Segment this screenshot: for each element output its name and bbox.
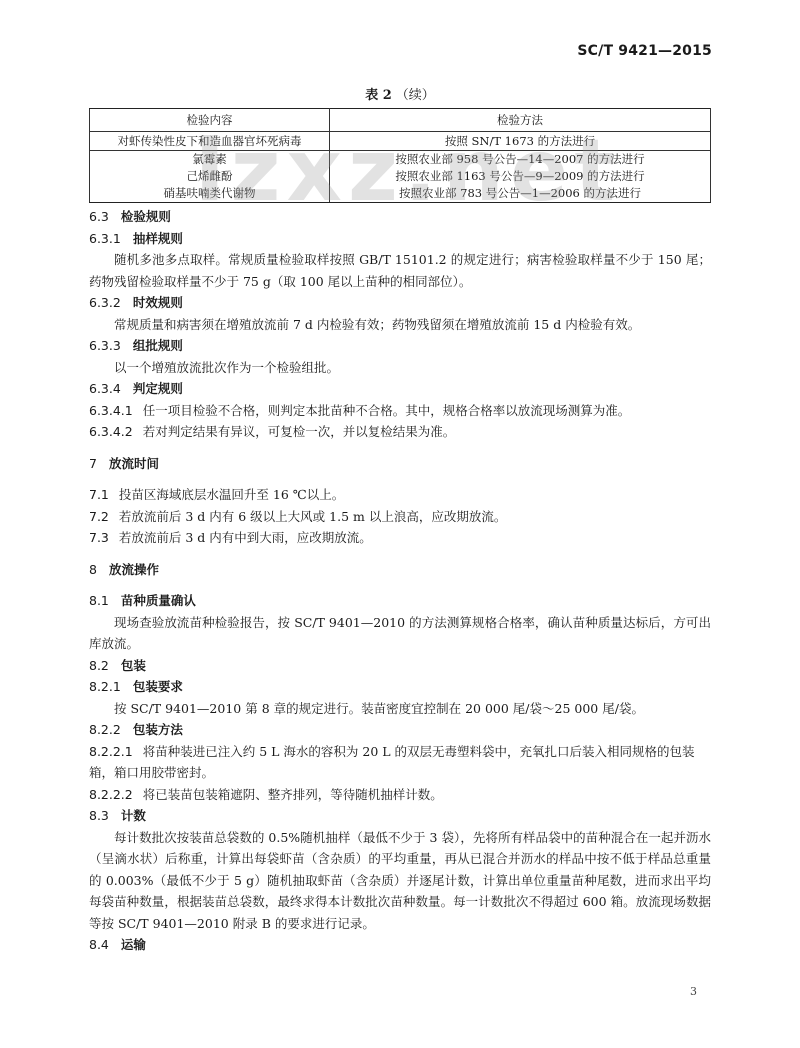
- clause-8-2-2-1: 8.2.2.1将苗种装进已注入约 5 L 海水的容积为 20 L 的双层无毒塑料…: [89, 741, 711, 784]
- heading-8-3: 8.3计数: [89, 805, 711, 827]
- clause-7-1: 7.1投苗区海域底层水温回升至 16 ℃以上。: [89, 484, 711, 506]
- inspection-table: 检验内容 检验方法 对虾传染性皮下和造血器官坏死病毒 按照 SN/T 1673 …: [89, 108, 711, 203]
- heading-8-4: 8.4运输: [89, 934, 711, 956]
- heading-6-3-3: 6.3.3组批规则: [89, 335, 711, 357]
- heading-7: 7放流时间: [89, 453, 711, 475]
- paragraph-6-3-1: 随机多池多点取样。常规质量检验取样按照 GB/T 15101.2 的规定进行；病…: [89, 249, 711, 292]
- clause-7-2: 7.2若放流前后 3 d 内有 6 级以上大风或 1.5 m 以上浪高，应改期放…: [89, 506, 711, 528]
- clause-7-3: 7.3若放流前后 3 d 内有中到大雨，应改期放流。: [89, 527, 711, 549]
- table-header-row: 检验内容 检验方法: [90, 109, 711, 132]
- column-header-inspection-method: 检验方法: [330, 109, 711, 132]
- cell-item: 对虾传染性皮下和造血器官坏死病毒: [90, 132, 330, 151]
- cell-item: 己烯雌酚: [90, 168, 330, 185]
- table-row: 硝基呋喃类代谢物 按照农业部 783 号公告—1—2006 的方法进行: [90, 185, 711, 203]
- cell-method: 按照农业部 1163 号公告—9—2009 的方法进行: [330, 168, 711, 185]
- table-title-suffix: （续）: [396, 88, 435, 103]
- heading-6-3-4: 6.3.4判定规则: [89, 378, 711, 400]
- heading-8-1: 8.1苗种质量确认: [89, 590, 711, 612]
- table-row: 氯霉素 按照农业部 958 号公告—14—2007 的方法进行: [90, 151, 711, 169]
- clause-8-2-2-2: 8.2.2.2将已装苗包装箱遮阴、整齐排列，等待随机抽样计数。: [89, 784, 711, 806]
- heading-8: 8放流操作: [89, 559, 711, 581]
- clause-6-3-4-1: 6.3.4.1任一项目检验不合格，则判定本批苗种不合格。其中，规格合格率以放流现…: [89, 400, 711, 422]
- heading-8-2: 8.2包装: [89, 655, 711, 677]
- cell-method: 按照农业部 783 号公告—1—2006 的方法进行: [330, 185, 711, 203]
- heading-8-2-1: 8.2.1包装要求: [89, 676, 711, 698]
- cell-method: 按照 SN/T 1673 的方法进行: [330, 132, 711, 151]
- document-page: SC/T 9421—2015 表 2（续） 检验内容 检验方法 对虾传染性皮下和…: [0, 0, 800, 1048]
- column-header-inspection-item: 检验内容: [90, 109, 330, 132]
- document-body: 6.3检验规则 6.3.1抽样规则 随机多池多点取样。常规质量检验取样按照 GB…: [89, 206, 711, 956]
- table-title-label: 表 2: [365, 88, 392, 103]
- paragraph-6-3-3: 以一个增殖放流批次作为一个检验组批。: [89, 357, 711, 379]
- cell-method: 按照农业部 958 号公告—14—2007 的方法进行: [330, 151, 711, 169]
- paragraph-8-1: 现场查验放流苗种检验报告，按 SC/T 9401—2010 的方法测算规格合格率…: [89, 612, 711, 655]
- heading-6-3-2: 6.3.2时效规则: [89, 292, 711, 314]
- heading-6-3-1: 6.3.1抽样规则: [89, 228, 711, 250]
- heading-6-3: 6.3检验规则: [89, 206, 711, 228]
- page-number: 3: [690, 985, 697, 998]
- cell-item: 氯霉素: [90, 151, 330, 169]
- table-row: 己烯雌酚 按照农业部 1163 号公告—9—2009 的方法进行: [90, 168, 711, 185]
- cell-item: 硝基呋喃类代谢物: [90, 185, 330, 203]
- table-row: 对虾传染性皮下和造血器官坏死病毒 按照 SN/T 1673 的方法进行: [90, 132, 711, 151]
- heading-8-2-2: 8.2.2包装方法: [89, 719, 711, 741]
- standard-code-header: SC/T 9421—2015: [577, 43, 712, 59]
- table-title: 表 2（续）: [0, 84, 800, 103]
- clause-6-3-4-2: 6.3.4.2若对判定结果有异议，可复检一次，并以复检结果为准。: [89, 421, 711, 443]
- paragraph-8-3: 每计数批次按装苗总袋数的 0.5%随机抽样（最低不少于 3 袋），先将所有样品袋…: [89, 827, 711, 935]
- paragraph-8-2-1: 按 SC/T 9401—2010 第 8 章的规定进行。装苗密度宜控制在 20 …: [89, 698, 711, 720]
- paragraph-6-3-2: 常规质量和病害须在增殖放流前 7 d 内检验有效；药物残留须在增殖放流前 15 …: [89, 314, 711, 336]
